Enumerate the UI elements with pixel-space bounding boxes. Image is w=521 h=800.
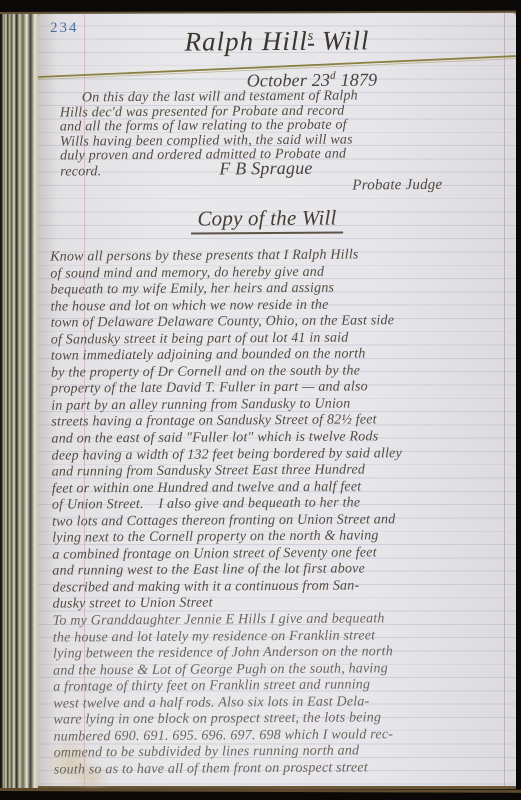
date-year: 1879 [336, 70, 378, 90]
handwritten-line: south so as to have all of them front on… [54, 759, 510, 779]
date-text: October 23 [247, 70, 331, 91]
judge-title: Probate Judge [60, 177, 504, 195]
book-page-edges [0, 8, 40, 800]
judge-signature: F B Sprague [219, 161, 312, 176]
title-text: Ralph Hill [184, 26, 307, 57]
copy-of-will-heading-text: Copy of the Will [191, 205, 342, 234]
probate-entry: On this day the last will and testament … [60, 88, 505, 194]
entry-title: Ralph Hills Will [38, 24, 516, 58]
scanned-ledger-page: 34 234 Ralph Hills Will October 23d 1879… [0, 0, 521, 800]
copy-of-will-heading: Copy of the Will [38, 204, 496, 235]
closing-word: record. [60, 165, 101, 180]
title-text-suffix: Will [314, 25, 369, 55]
will-body-text: Know all persons by these presents that … [50, 246, 510, 779]
probate-entry-lines: On this day the last will and testament … [60, 88, 504, 164]
scan-background-bottom [0, 788, 521, 800]
scan-background-right [516, 0, 521, 800]
ledger-page: 234 Ralph Hills Will October 23d 1879 On… [38, 13, 516, 786]
scan-background-top [0, 0, 521, 14]
